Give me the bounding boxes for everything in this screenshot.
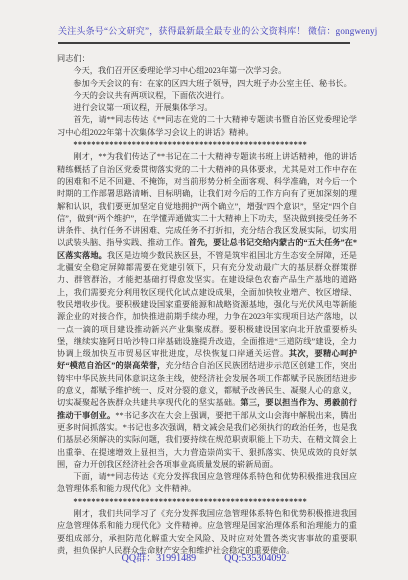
paragraph: 今天的会议共有两项议程，下面依次进行。 [57,90,357,102]
separator-line: ****************************************… [57,496,357,508]
paragraph: 首先，请**同志传达《**同志在党的二十大精神专题读书暨自治区党委理论学习中心组… [57,114,357,139]
text-run: 刚才，我们共同学习了《充分发挥我国应急管理体系特色和优势积极推进我国应急管理体系… [57,509,357,555]
text-run: 进行会议第一项议程，开展集体学习。 [73,103,212,112]
text-run: 今天的会议共有两项议程，下面依次进行。 [73,91,229,100]
footer-qq-group: QQ群：31991489 [122,553,196,564]
footer-banner: QQ群：31991489QQ:535304092 [0,549,408,564]
header-banner: 关注头条号“公文研究”，获得最新最全最专业的公文资料库！ 微信：gongweny… [58,24,350,44]
text-run: 下面，请**同志传达《充分发挥我国应急管理体系特色和优势积极推进我国应急管理体系… [57,472,357,493]
separator-line: ****************************************… [57,139,357,151]
document-body: 同志们：今天，我们召开区委理论学习中心组2023年第一次学习会。参加今天会议的有… [57,53,357,557]
text-run: 我区是边境少数民族区县，不管是筑牢祖国北方生态安全屏障，还是北疆安全稳定屏障都需… [57,251,357,358]
paragraph: 刚才，**为我们传达了**书记在二十大精神专题读书班上讲话精神，他的讲话精练概括… [57,151,357,471]
paragraph: 同志们： [57,53,357,65]
paragraph: 进行会议第一项议程，开展集体学习。 [57,102,357,114]
document-page: 关注头条号“公文研究”，获得最新最全最专业的公文资料库！ 微信：gongweny… [0,0,408,580]
text-run: 同志们： [57,54,90,63]
text-run: 参加今天会议的有：在家的区四大班子领导，四大班子办公室主任、秘书长。 [73,79,351,88]
text-run: 首先，请**同志传达《**同志在党的二十大精神专题读书暨自治区党委理论学习中心组… [57,115,357,136]
paragraph: 下面，请**同志传达《充分发挥我国应急管理体系特色和优势积极推进我国应急管理体系… [57,471,357,496]
paragraph: 今天，我们召开区委理论学习中心组2023年第一次学习会。 [57,65,357,77]
paragraph: 参加今天会议的有：在家的区四大班子领导，四大班子办公室主任、秘书长。 [57,78,357,90]
footer-qq: QQ:535304092 [224,553,286,564]
text-run: 今天，我们召开区委理论学习中心组2023年第一次学习会。 [73,66,286,75]
header-notice-text: 关注头条号“公文研究”，获得最新最全最专业的公文资料库！ 微信：gongweny… [58,26,377,36]
text-run: 刚才，**为我们传达了**书记在二十大精神专题读书班上讲话精神，他的讲话精练概括… [57,152,357,247]
